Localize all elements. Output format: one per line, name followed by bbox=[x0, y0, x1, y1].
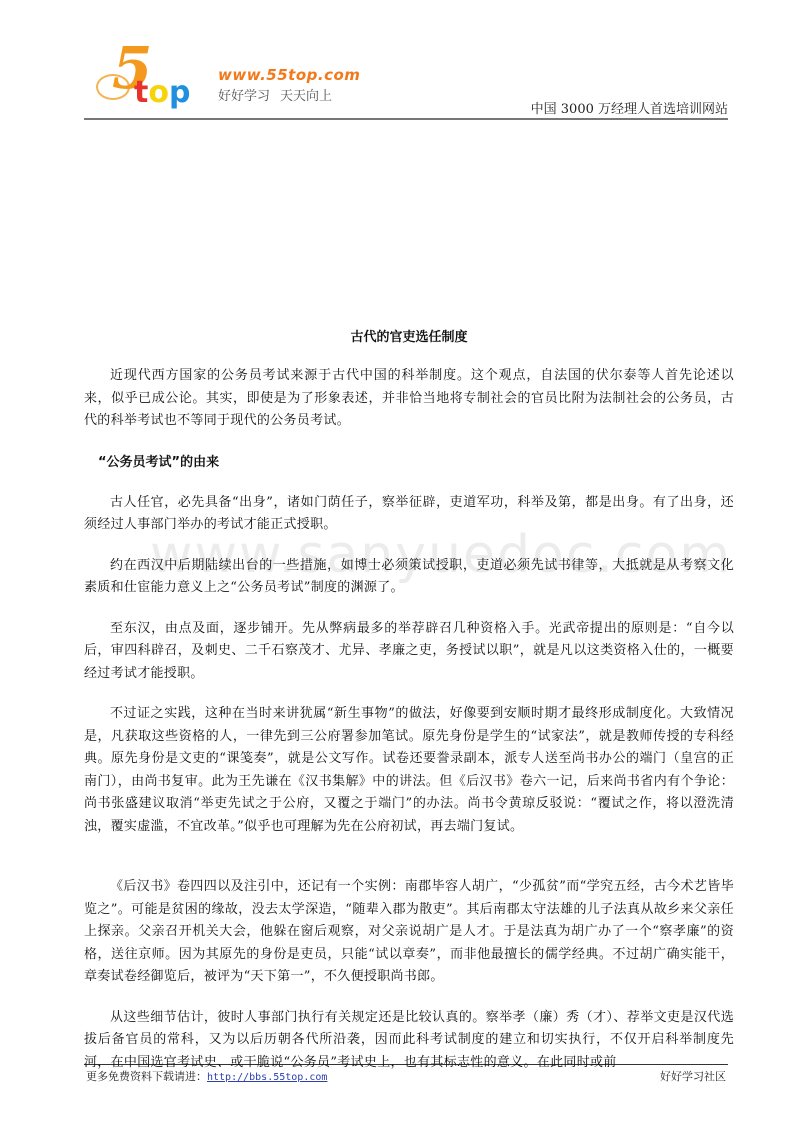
paragraph: 《后汉书》卷四四以及注引中，还记有一个实例：南郡毕容人胡广，“少孤贫”而“学究五… bbox=[84, 876, 734, 989]
section-heading: “公务员考试”的由来 bbox=[98, 451, 734, 470]
logo-letter-p: p bbox=[169, 76, 190, 110]
slogan-part-1: 好好学习 bbox=[218, 89, 270, 104]
paragraph: 从这些细节估计，彼时人事部门执行有关规定还是比较认真的。察举孝（廉）秀（才）、荐… bbox=[84, 1007, 734, 1075]
document-page: 5 t o p www.55top.com 好好学习天天向上 中国 3000 万… bbox=[0, 0, 800, 1132]
slogan: 好好学习天天向上 bbox=[218, 85, 332, 104]
paragraph: 至东汉，由点及面，逐步铺开。先从弊病最多的举荐辟召几种资格入手。光武帝提出的原则… bbox=[84, 618, 734, 686]
logo-top-text: t o p bbox=[134, 76, 190, 110]
document-body: 古代的官吏选任制度 近现代西方国家的公务员考试来源于古代中国的科举制度。这个观点… bbox=[84, 326, 734, 1092]
header-divider bbox=[84, 118, 728, 120]
site-url: www.55top.com bbox=[218, 66, 360, 84]
header-tagline: 中国 3000 万经理人首选培训网站 bbox=[531, 98, 728, 117]
slogan-part-2: 天天向上 bbox=[280, 89, 332, 104]
paragraph: 约在西汉中后期陆续出台的一些措施，如博士必须策试授职，吏道必须先试书律等，大抵就… bbox=[84, 555, 734, 600]
logo-letter-t: t bbox=[134, 76, 148, 110]
intro-paragraph: 近现代西方国家的公务员考试来源于古代中国的科举制度。这个观点，自法国的伏尔泰等人… bbox=[84, 365, 734, 433]
logo-letter-o: o bbox=[148, 76, 169, 110]
site-logo[interactable]: 5 t o p bbox=[94, 42, 214, 114]
paragraph: 古人任官，必先具备“出身”，诸如门荫任子，察举征辟，吏道军功，科举及第，都是出身… bbox=[84, 492, 734, 537]
paragraph: 不过证之实践，这种在当时来讲犹属“新生事物”的做法，好像要到安顺时期才最终形成制… bbox=[84, 703, 734, 838]
page-header: 5 t o p www.55top.com 好好学习天天向上 中国 3000 万… bbox=[84, 40, 728, 118]
document-title: 古代的官吏选任制度 bbox=[84, 326, 734, 345]
